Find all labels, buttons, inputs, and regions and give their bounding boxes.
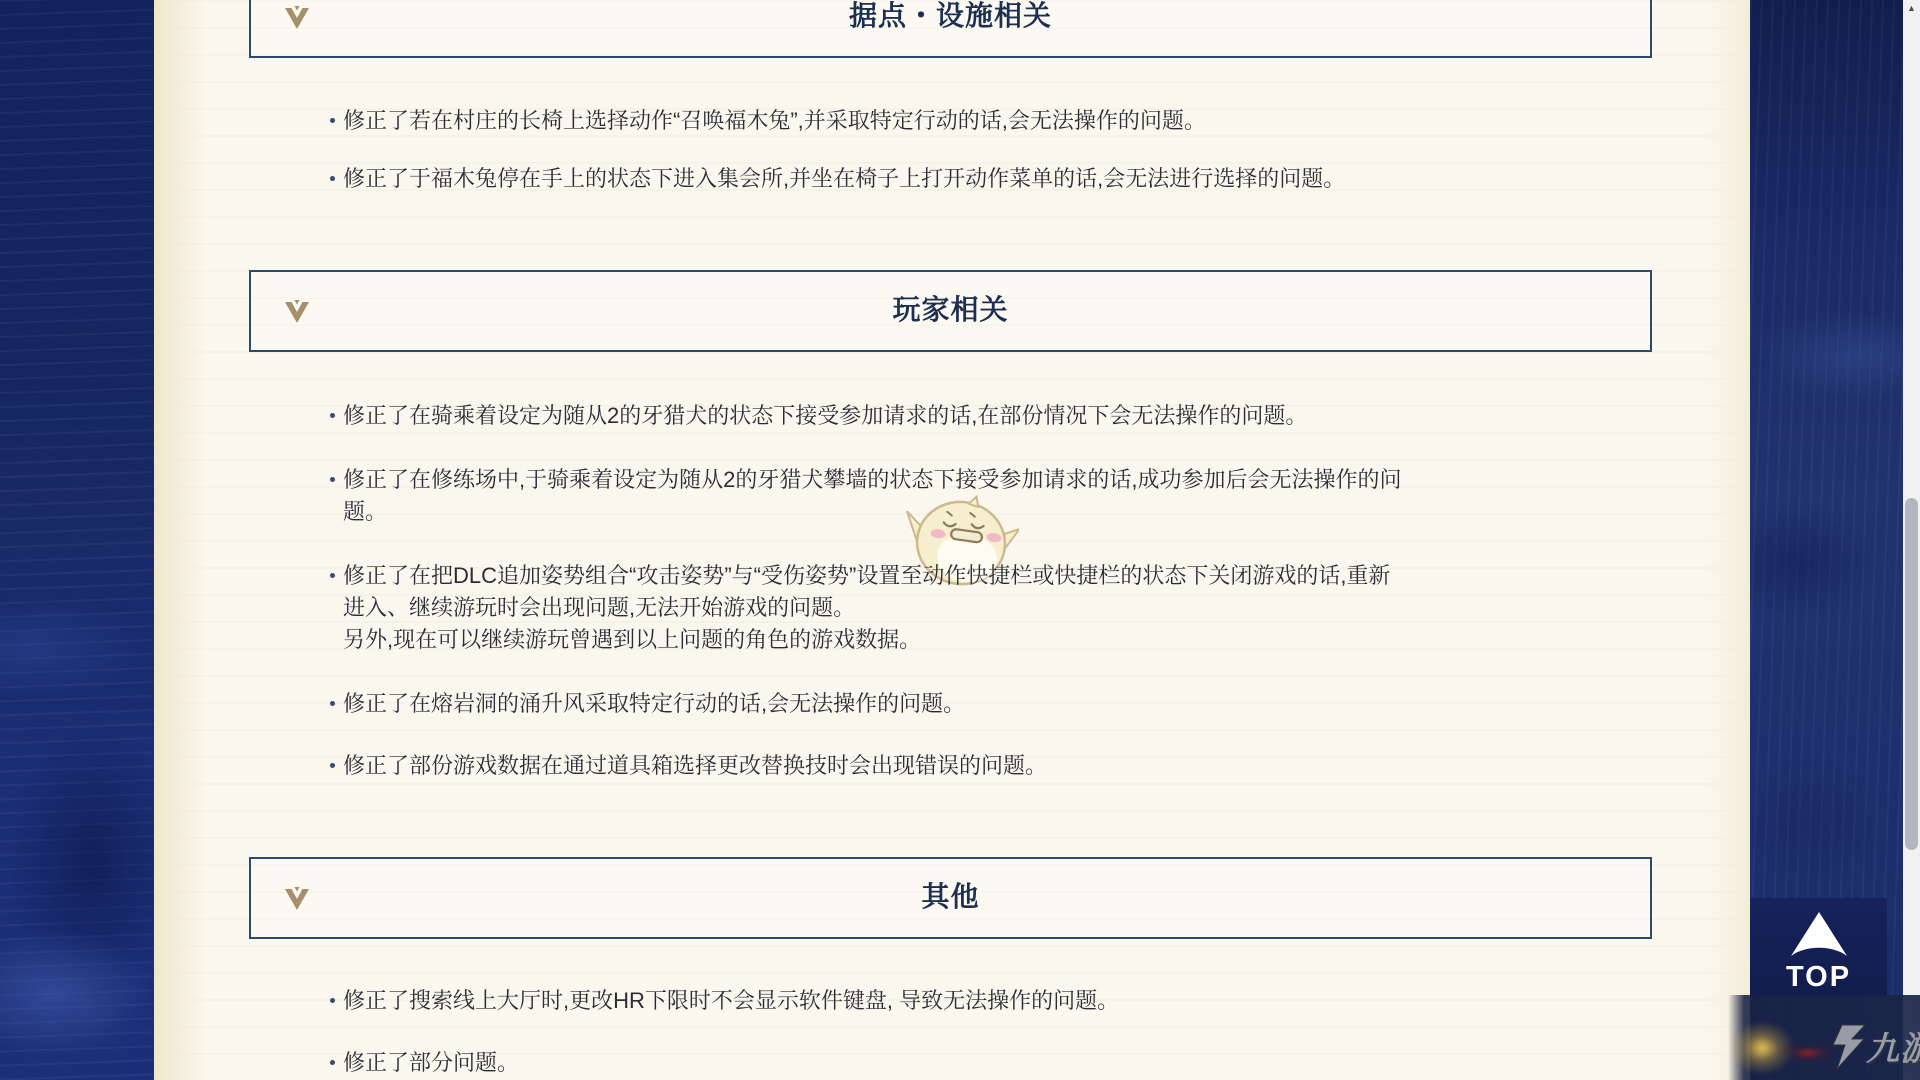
list-item: 修正了在熔岩洞的涌升风采取特定行动的话,会无法操作的问题。: [343, 688, 965, 720]
bullet-icon: [330, 118, 335, 123]
section-title: 玩家相关: [251, 272, 1650, 348]
section-title: 其他: [251, 859, 1650, 935]
ornament-icon: [284, 300, 310, 324]
item-line: 修正了搜索线上大厅时,更改HR下限时不会显示软件键盘, 导致无法操作的问题。: [343, 985, 1119, 1017]
list-item: 修正了若在村庄的长椅上选择动作“召唤福木兔”,并采取特定行动的话,会无法操作的问…: [343, 105, 1206, 137]
bullet-icon: [330, 998, 335, 1003]
background-left-art: [0, 0, 154, 1080]
item-line: 另外,现在可以继续游玩曾遇到以上问题的角色的游戏数据。: [343, 624, 1390, 656]
back-to-top-button[interactable]: TOP: [1750, 898, 1887, 998]
ornament-icon: [284, 887, 310, 911]
bullet-icon: [330, 763, 335, 768]
jiuyou-logo-icon: [1830, 1024, 1866, 1070]
item-line: 修正了部份游戏数据在通过道具箱选择更改替换技时会出现错误的问题。: [343, 750, 1047, 782]
bullet-icon: [330, 477, 335, 482]
item-line: 修正了部分问题。: [343, 1047, 519, 1079]
item-line: 修正了在熔岩洞的涌升风采取特定行动的话,会无法操作的问题。: [343, 688, 965, 720]
list-item: 修正了搜索线上大厅时,更改HR下限时不会显示软件键盘, 导致无法操作的问题。: [343, 985, 1119, 1017]
bullet-icon: [330, 573, 335, 578]
section-header-player: 玩家相关: [249, 270, 1652, 352]
item-line: 修正了在把DLC追加姿势组合“攻击姿势”与“受伤姿势”设置至动作快捷栏或快捷栏的…: [343, 560, 1390, 592]
list-item: 修正了部份游戏数据在通过道具箱选择更改替换技时会出现错误的问题。: [343, 750, 1047, 782]
top-arrow-icon: [1786, 910, 1852, 960]
top-button-label: TOP: [1750, 960, 1887, 994]
jiuyou-logo-text: 九游: [1866, 1023, 1920, 1070]
list-item: 修正了在骑乘着设定为随从2的牙猎犬的状态下接受参加请求的话,在部份情况下会无法操…: [343, 400, 1307, 432]
patch-notes-page: 据点・设施相关 修正了若在村庄的长椅上选择动作“召唤福木兔”,并采取特定行动的话…: [0, 0, 1920, 1080]
item-line: 题。: [343, 496, 1401, 528]
item-line: 修正了于福木兔停在手上的状态下进入集会所,并坐在椅子上打开动作菜单的话,会无法进…: [343, 163, 1345, 195]
watermark-red-mark: [1778, 1043, 1838, 1063]
scroll-up-icon[interactable]: ▲: [1903, 0, 1920, 17]
item-line: 修正了在骑乘着设定为随从2的牙猎犬的状态下接受参加请求的话,在部份情况下会无法操…: [343, 400, 1307, 432]
bullet-icon: [330, 1060, 335, 1065]
bullet-icon: [330, 413, 335, 418]
item-line: 修正了若在村庄的长椅上选择动作“召唤福木兔”,并采取特定行动的话,会无法操作的问…: [343, 105, 1206, 137]
section-title: 据点・设施相关: [251, 0, 1650, 54]
list-item: 修正了在把DLC追加姿势组合“攻击姿势”与“受伤姿势”设置至动作快捷栏或快捷栏的…: [343, 560, 1390, 656]
bullet-icon: [330, 701, 335, 706]
item-line: 修正了在修练场中,于骑乘着设定为随从2的牙猎犬攀墙的状态下接受参加请求的话,成功…: [343, 464, 1401, 496]
bullet-icon: [330, 176, 335, 181]
section-header-base-facility: 据点・设施相关: [249, 0, 1652, 58]
jiuyou-logo: 九游: [1830, 1023, 1920, 1070]
item-line: 进入、继续游玩时会出现问题,无法开始游戏的问题。: [343, 592, 1390, 624]
list-item: 修正了部分问题。: [343, 1047, 519, 1079]
list-item: 修正了在修练场中,于骑乘着设定为随从2的牙猎犬攀墙的状态下接受参加请求的话,成功…: [343, 464, 1401, 528]
scrollbar-thumb[interactable]: [1905, 498, 1918, 850]
list-item: 修正了于福木兔停在手上的状态下进入集会所,并坐在椅子上打开动作菜单的话,会无法进…: [343, 163, 1345, 195]
section-header-other: 其他: [249, 857, 1652, 939]
ornament-icon: [284, 6, 310, 30]
watermark-band: 九游: [1728, 995, 1920, 1080]
